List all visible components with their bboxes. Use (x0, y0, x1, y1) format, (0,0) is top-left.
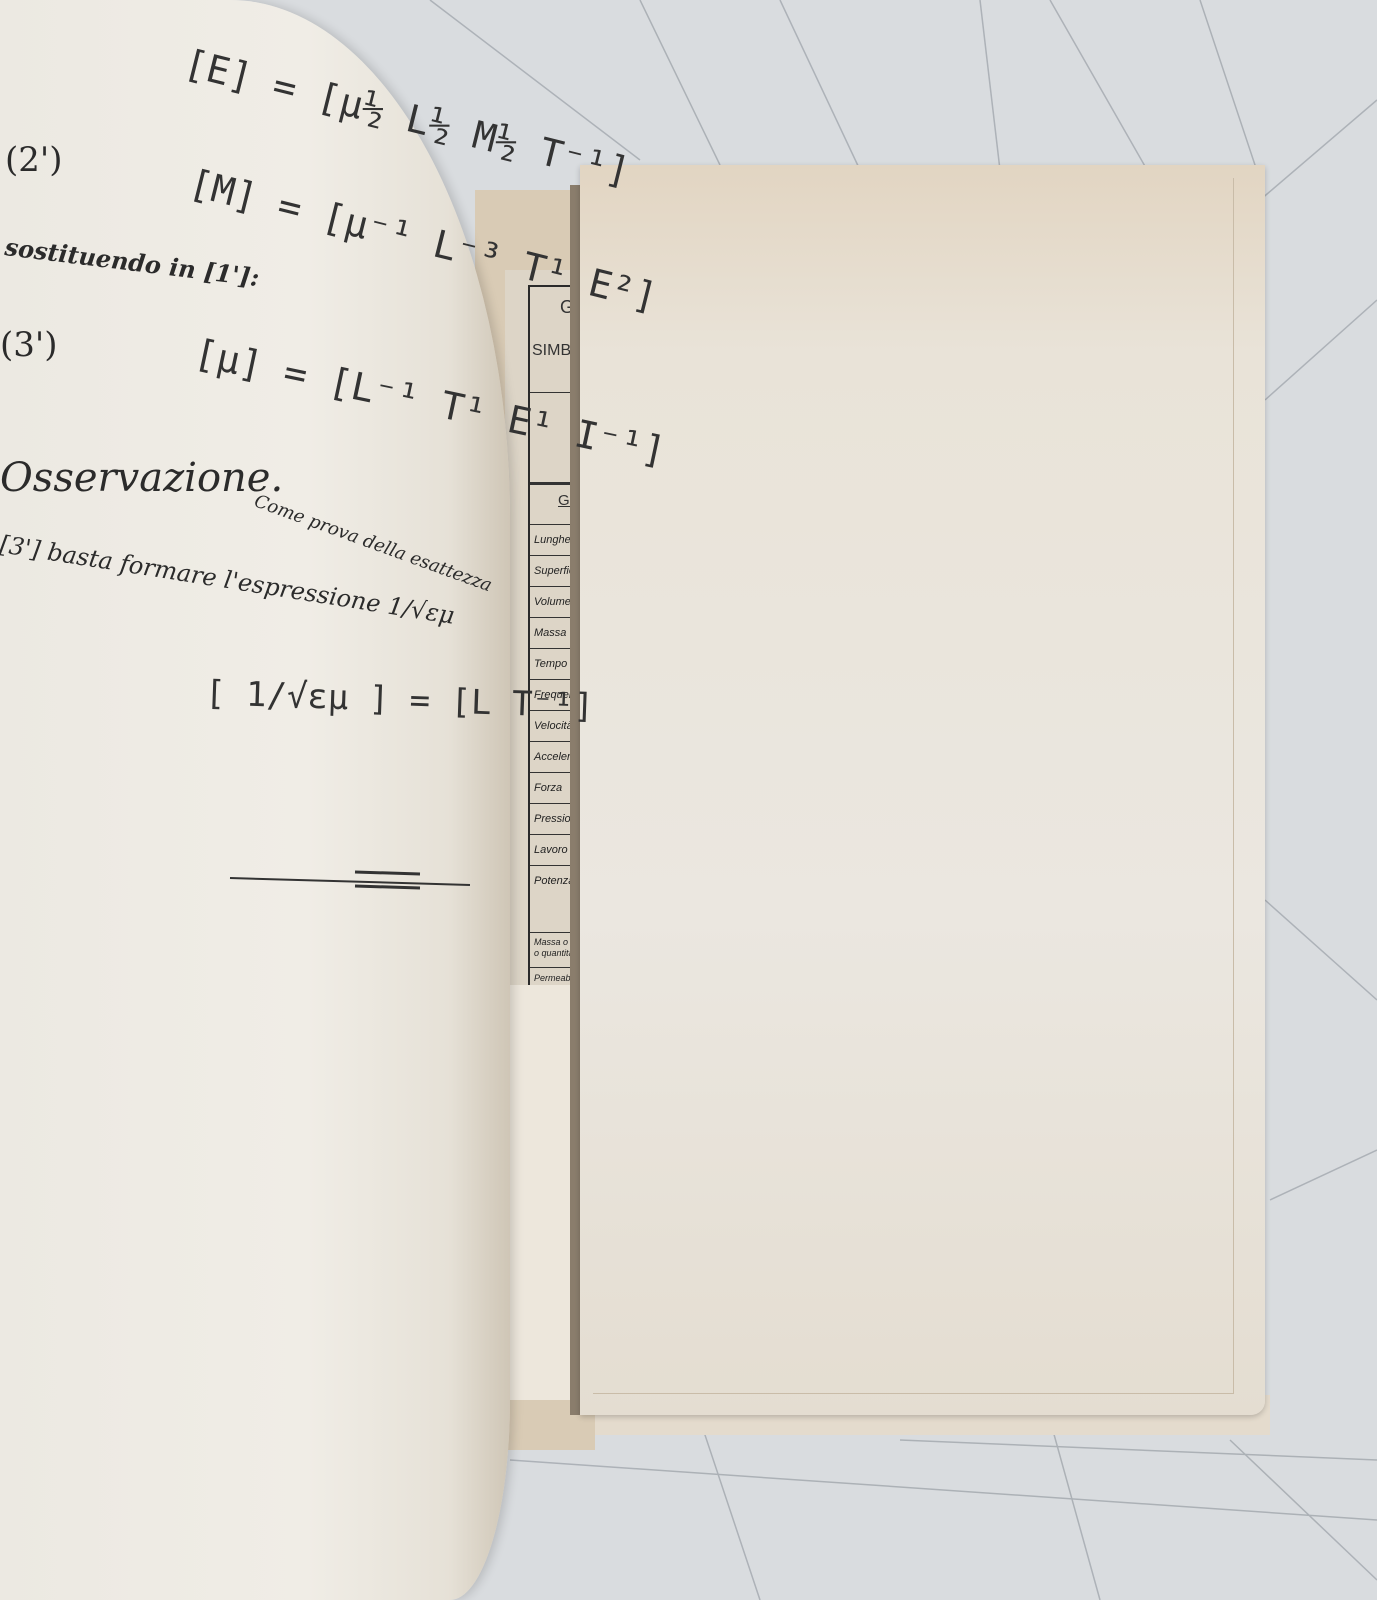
section-end-rule (225, 860, 475, 900)
left-page: [E] = [μ½ L½ M½ T⁻¹] (2') [M] = [μ⁻¹ L⁻³… (0, 0, 510, 1600)
folded-slip (500, 985, 580, 1400)
equation-label-2: (2') (5, 140, 63, 180)
right-page-fold-line (593, 178, 1234, 1394)
substitution-text: sostituendo in [1']: (3, 232, 261, 292)
observation-title: Osservazione. (0, 455, 283, 501)
equation-label-3: (3') (0, 325, 58, 365)
